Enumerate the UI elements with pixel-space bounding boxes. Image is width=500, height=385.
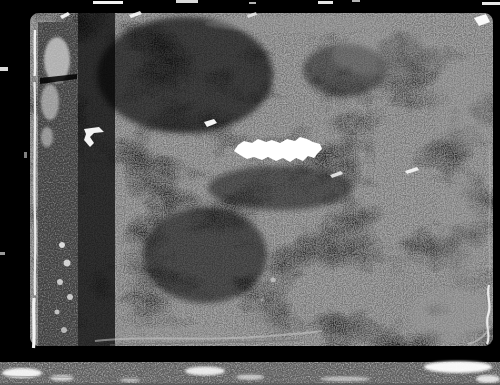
light-wear-patch (435, 175, 485, 285)
left-margin-dash (24, 152, 27, 158)
bottom-streak (424, 361, 492, 373)
bottom-streak (236, 374, 264, 380)
light-wear-patch (410, 288, 494, 342)
bottom-streak (185, 367, 225, 376)
spine-speck (55, 310, 60, 315)
bottom-streak (476, 375, 500, 383)
spine-speck (67, 294, 73, 300)
left-margin-dash (0, 252, 5, 255)
spine-blotch (41, 84, 59, 120)
spine-speck (64, 260, 71, 267)
left-margin-dash (0, 67, 8, 71)
dark-patch (208, 166, 352, 210)
light-wear-patch (332, 31, 448, 79)
top-scanner-dash (352, 0, 360, 2)
spine-speck (57, 279, 63, 285)
small-speck (271, 278, 276, 283)
spine-speck (61, 327, 67, 333)
bottom-strip-grain (0, 362, 500, 385)
top-scanner-dash (249, 2, 256, 4)
right-edge-wear-line (487, 285, 489, 344)
dark-patch (97, 17, 273, 133)
small-speck (261, 299, 264, 302)
edge-line-mid (35, 82, 36, 295)
top-scanner-dash (176, 0, 198, 3)
top-scanner-dash (318, 1, 333, 4)
light-wear-patch (434, 57, 490, 153)
edge-line-upper (35, 30, 36, 76)
spine-shadow-band (78, 13, 115, 346)
spine-strip (38, 22, 78, 346)
top-edge-wear-band (205, 16, 395, 32)
book-cover-board (30, 13, 494, 346)
book-cover-scan-photo (0, 0, 500, 385)
edge-line-lower (34, 298, 35, 348)
spine-speck (59, 242, 65, 248)
bottom-streak (50, 375, 74, 381)
top-scanner-dash (482, 2, 500, 5)
right-edge-wear-line-faint (489, 150, 490, 278)
spine-blotch (41, 127, 53, 147)
bottom-strip (0, 361, 500, 385)
dark-patch (143, 207, 267, 303)
top-scanner-dash (93, 1, 123, 4)
